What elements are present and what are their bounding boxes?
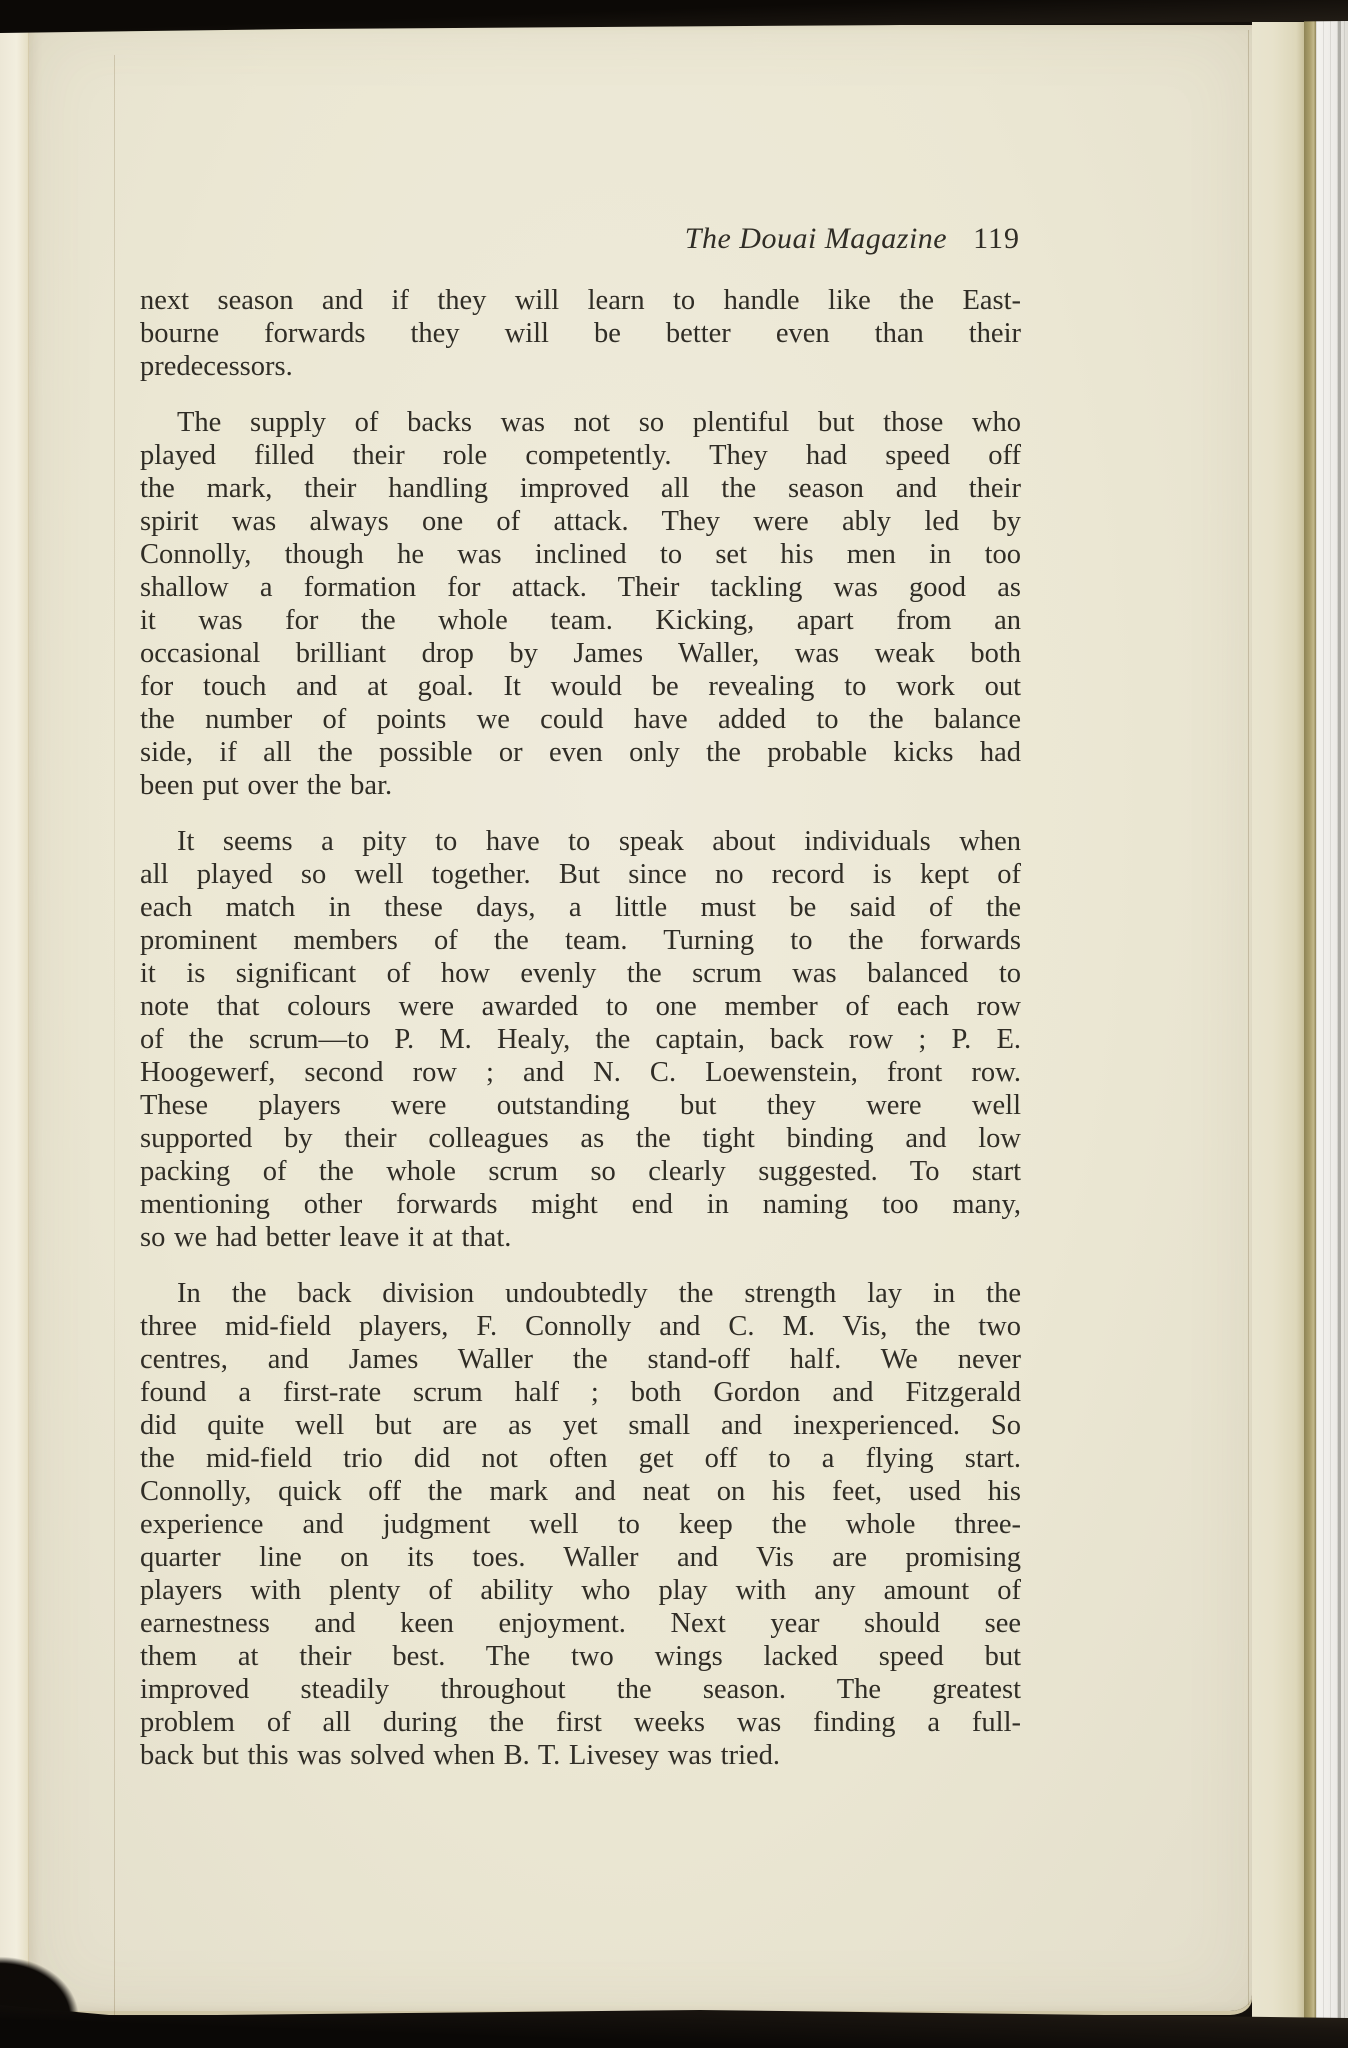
- right-page-edge: [1252, 22, 1304, 2022]
- text-line: the mid-field trio did not often get off…: [140, 1442, 1021, 1475]
- text-line: experience and judgment well to keep the…: [140, 1508, 1021, 1541]
- text-line: three mid-field players, F. Connolly and…: [140, 1310, 1021, 1343]
- text-line: it is significant of how evenly the scru…: [140, 957, 1021, 990]
- text-line: quarter line on its toes. Waller and Vis…: [140, 1541, 1021, 1574]
- text-line: prominent members of the team. Turning t…: [140, 924, 1021, 957]
- text-line: The supply of backs was not so plentiful…: [140, 406, 1021, 439]
- paragraph: next season and if they will learn to ha…: [140, 284, 1021, 383]
- text-line: Hoogewerf, second row ; and N. C. Loewen…: [140, 1056, 1021, 1089]
- text-line: shallow a formation for attack. Their ta…: [140, 571, 1021, 604]
- text-line: the mark, their handling improved all th…: [140, 472, 1021, 505]
- text-line: In the back division undoubtedly the str…: [140, 1277, 1021, 1310]
- text-line: did quite well but are as yet small and …: [140, 1409, 1021, 1442]
- text-line: These players were outstanding but they …: [140, 1089, 1021, 1122]
- paragraph: The supply of backs was not so plentiful…: [140, 406, 1021, 802]
- fore-edge: [1316, 18, 1348, 2026]
- text-line: mentioning other forwards might end in n…: [140, 1188, 1021, 1221]
- text-line: for touch and at goal. It would be revea…: [140, 670, 1021, 703]
- text-line: centres, and James Waller the stand-off …: [140, 1343, 1021, 1376]
- text-line: so we had better leave it at that.: [140, 1221, 1021, 1254]
- text-line: supported by their colleagues as the tig…: [140, 1122, 1021, 1155]
- text-line: bourne forwards they will be better even…: [140, 317, 1021, 350]
- text-line: side, if all the possible or even only t…: [140, 736, 1021, 769]
- text-line: it was for the whole team. Kicking, apar…: [140, 604, 1021, 637]
- page-stack-edge: [1304, 20, 1316, 2024]
- magazine-title: The Douai Magazine: [685, 222, 947, 255]
- text-line: earnestness and keen enjoyment. Next yea…: [140, 1607, 1021, 1640]
- text-line: Connolly, quick off the mark and neat on…: [140, 1475, 1021, 1508]
- running-header: The Douai Magazine119: [140, 222, 1020, 256]
- text-line: back but this was solved when B. T. Live…: [140, 1739, 1021, 1772]
- text-line: of the scrum—to P. M. Healy, the captain…: [140, 1023, 1021, 1056]
- left-page-edge: [0, 28, 30, 2006]
- text-line: improved steadily throughout the season.…: [140, 1673, 1021, 1706]
- text-line: It seems a pity to have to speak about i…: [140, 825, 1021, 858]
- article-text: next season and if they will learn to ha…: [140, 284, 1021, 1772]
- text-line: each match in these days, a little must …: [140, 891, 1021, 924]
- gutter-crease: [114, 55, 115, 2015]
- text-line: all played so well together. But since n…: [140, 858, 1021, 891]
- text-line: predecessors.: [140, 350, 1021, 383]
- text-line: packing of the whole scrum so clearly su…: [140, 1155, 1021, 1188]
- fore-edge-streak: [1338, 18, 1341, 2026]
- text-line: note that colours were awarded to one me…: [140, 990, 1021, 1023]
- text-line: occasional brilliant drop by James Walle…: [140, 637, 1021, 670]
- paragraph: It seems a pity to have to speak about i…: [140, 825, 1021, 1254]
- paragraph: In the back division undoubtedly the str…: [140, 1277, 1021, 1772]
- text-line: spirit was always one of attack. They we…: [140, 505, 1021, 538]
- text-line: them at their best. The two wings lacked…: [140, 1640, 1021, 1673]
- text-line: the number of points we could have added…: [140, 703, 1021, 736]
- text-line: problem of all during the first weeks wa…: [140, 1706, 1021, 1739]
- text-line: been put over the bar.: [140, 769, 1021, 802]
- text-line: played filled their role competently. Th…: [140, 439, 1021, 472]
- text-line: players with plenty of ability who play …: [140, 1574, 1021, 1607]
- book-photograph: { "page": { "header": { "title": "The Do…: [0, 0, 1348, 2048]
- text-line: found a first-rate scrum half ; both Gor…: [140, 1376, 1021, 1409]
- text-line: Connolly, though he was inclined to set …: [140, 538, 1021, 571]
- page-number: 119: [973, 222, 1020, 255]
- page-fold-line: [1248, 30, 1249, 2005]
- text-line: next season and if they will learn to ha…: [140, 284, 1021, 317]
